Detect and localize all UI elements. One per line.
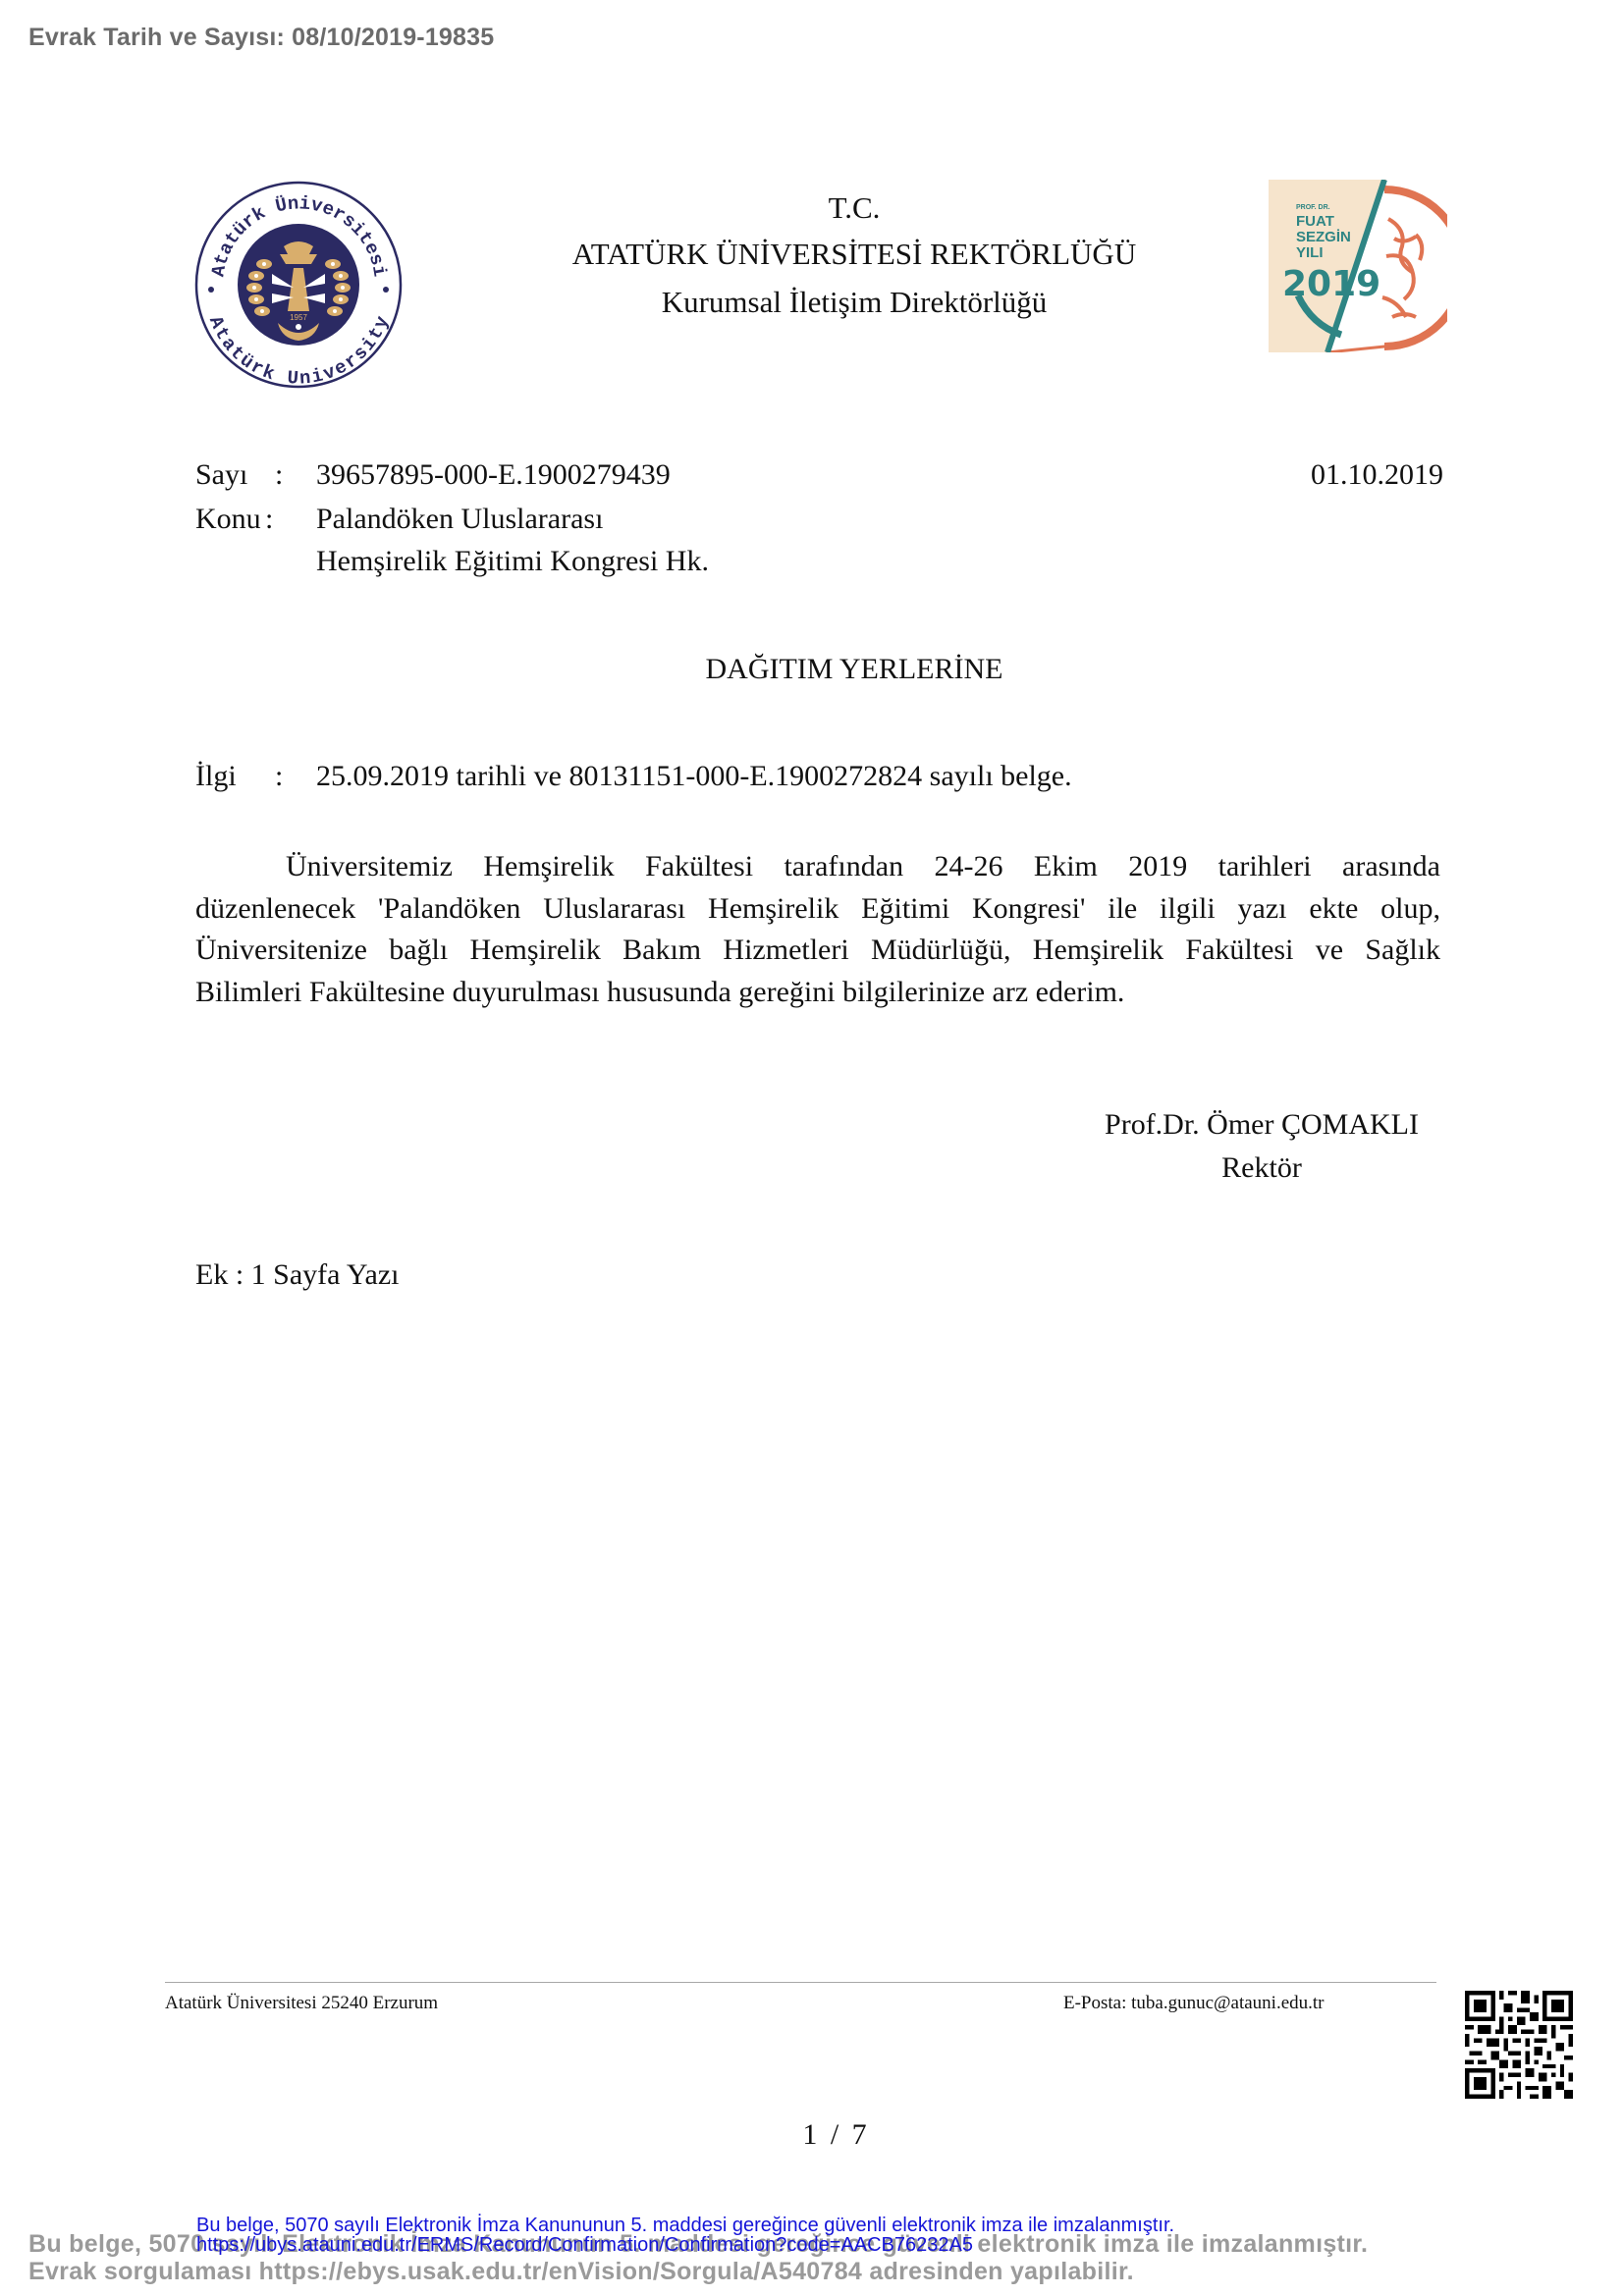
body-line: Bilimleri Fakültesine duyurulması hususu…: [195, 972, 1440, 1014]
watermark-verification-line: Evrak sorgulaması https://ebys.usak.edu.…: [28, 2258, 1134, 2286]
reference-colon: :: [275, 760, 283, 793]
attachment-note: Ek : 1 Sayfa Yazı: [195, 1258, 399, 1292]
svg-text:PROF. DR.: PROF. DR.: [1296, 204, 1330, 211]
footer-email: E-Posta: tuba.gunuc@atauni.edu.tr: [1063, 1993, 1325, 2014]
signature-block: Prof.Dr. Ömer ÇOMAKLI Rektör: [1075, 1103, 1448, 1190]
signatory-title: Rektör: [1075, 1147, 1448, 1190]
subject-colon: :: [265, 503, 273, 536]
footer-divider: [165, 1982, 1436, 1983]
subject-line-2: Hemşirelik Eğitimi Kongresi Hk.: [316, 545, 709, 578]
svg-text:2019: 2019: [1282, 264, 1380, 304]
reference-label: İlgi: [195, 760, 237, 793]
qr-code-icon[interactable]: [1465, 1991, 1573, 2099]
number-colon: :: [275, 458, 283, 492]
footer-address: Atatürk Üniversitesi 25240 Erzurum: [165, 1993, 438, 2014]
svg-text:FUAT: FUAT: [1296, 213, 1334, 230]
document-date: 01.10.2019: [1311, 458, 1443, 492]
body-paragraph: Üniversitemiz Hemşirelik Fakültesi taraf…: [195, 846, 1440, 1013]
svg-text:1957: 1957: [290, 313, 307, 322]
document-date-number-stamp: Evrak Tarih ve Sayısı: 08/10/2019-19835: [28, 24, 494, 52]
subject-label: Konu: [195, 503, 261, 536]
subject-line-1: Palandöken Uluslararası: [316, 503, 603, 536]
e-signature-verification-link[interactable]: https://ubys.atauni.edu.tr/ERMS/Record/C…: [196, 2234, 973, 2257]
header-line-directorate: Kurumsal İletişim Direktörlüğü: [432, 287, 1276, 317]
document-number: 39657895-000-E.1900279439: [316, 458, 671, 492]
reference-value: 25.09.2019 tarihli ve 80131151-000-E.190…: [316, 760, 1072, 793]
number-label: Sayı: [195, 458, 247, 492]
header-line-rectorate: ATATÜRK ÜNİVERSİTESİ REKTÖRLÜĞÜ: [432, 239, 1276, 269]
university-seal-icon: Atatürk Üniversitesi Atatürk University: [193, 180, 405, 391]
body-line: Üniversitenize bağlı Hemşirelik Bakım Hi…: [195, 930, 1440, 972]
body-line: Üniversitemiz Hemşirelik Fakültesi taraf…: [195, 846, 1440, 888]
header-line-tc: T.C.: [432, 192, 1276, 223]
svg-text:YILI: YILI: [1296, 244, 1324, 261]
recipient-heading: DAĞITIM YERLERİNE: [432, 653, 1276, 686]
signatory-name: Prof.Dr. Ömer ÇOMAKLI: [1075, 1103, 1448, 1147]
fuat-sezgin-year-logo-icon: PROF. DR. FUAT SEZGİN YILI 2019: [1269, 180, 1447, 352]
svg-text:SEZGİN: SEZGİN: [1296, 229, 1351, 245]
page-number: 1 / 7: [766, 2118, 903, 2152]
body-line: düzenlenecek 'Palandöken Uluslararası He…: [195, 888, 1440, 931]
